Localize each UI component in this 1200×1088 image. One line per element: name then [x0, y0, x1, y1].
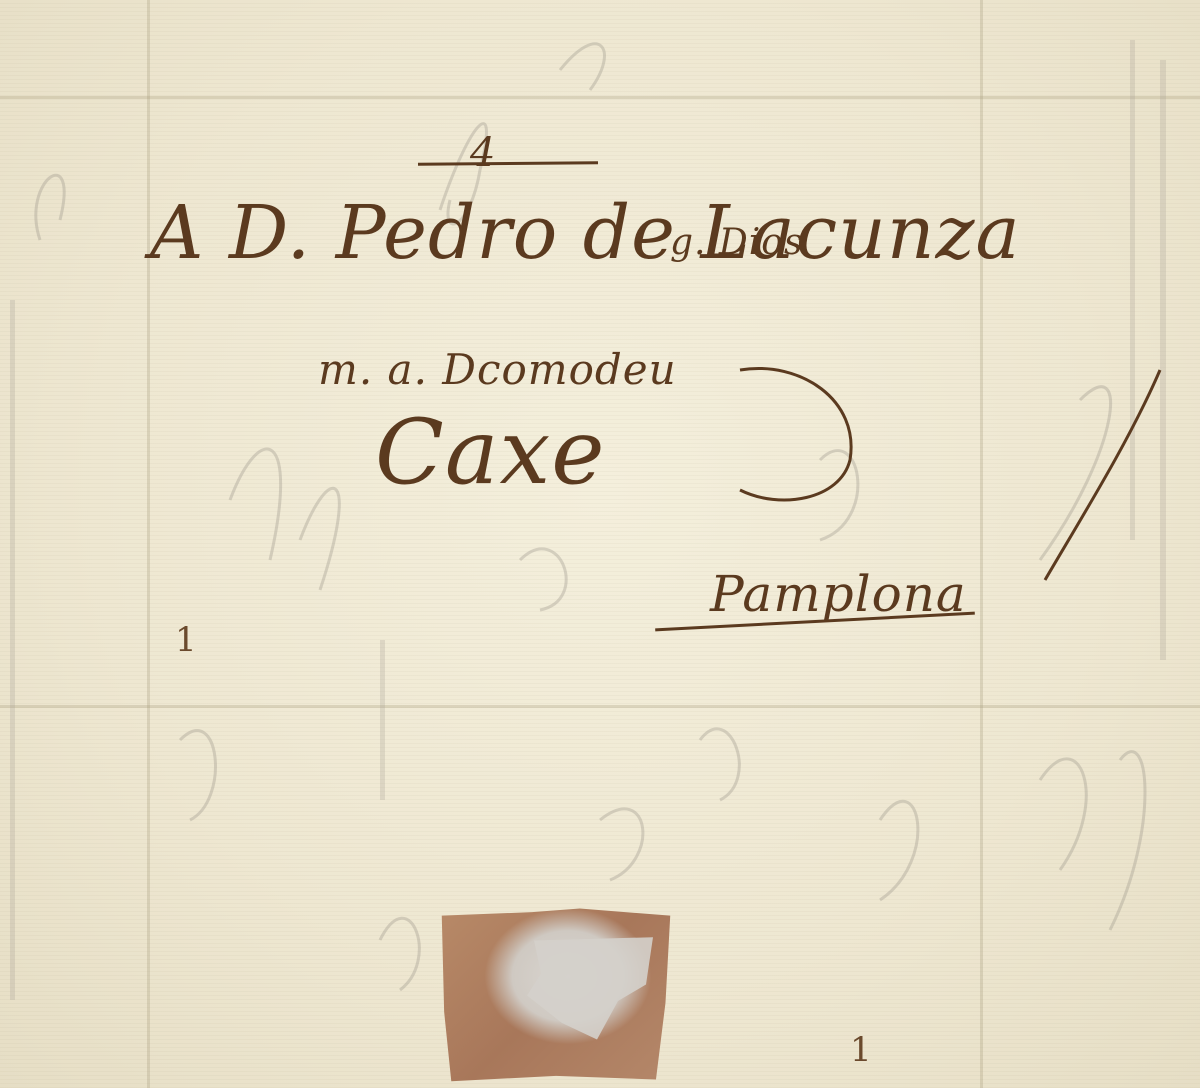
rate-underline: [418, 161, 598, 166]
addressee-place: Caxe: [375, 400, 606, 505]
postage-rate-mark: 4: [470, 130, 496, 176]
fold-line-right: [980, 0, 983, 1088]
addressee-honorific: g. Dios: [670, 222, 803, 263]
letter-cover: 4 A D. Pedro de Lacunza g. Dios m. a. Dc…: [0, 0, 1200, 1088]
fold-line-bottom: [0, 705, 1200, 708]
fold-line-top: [0, 96, 1200, 99]
addressee-note: m. a. Dcomodeu: [318, 345, 677, 394]
destination-city: Pamplona: [710, 565, 967, 623]
addressee-name: A D. Pedro de Lacunza: [150, 190, 1021, 276]
bottom-tally-mark: 1: [850, 1030, 872, 1070]
left-tally-mark: 1: [175, 620, 197, 660]
fold-line-left: [147, 0, 150, 1088]
